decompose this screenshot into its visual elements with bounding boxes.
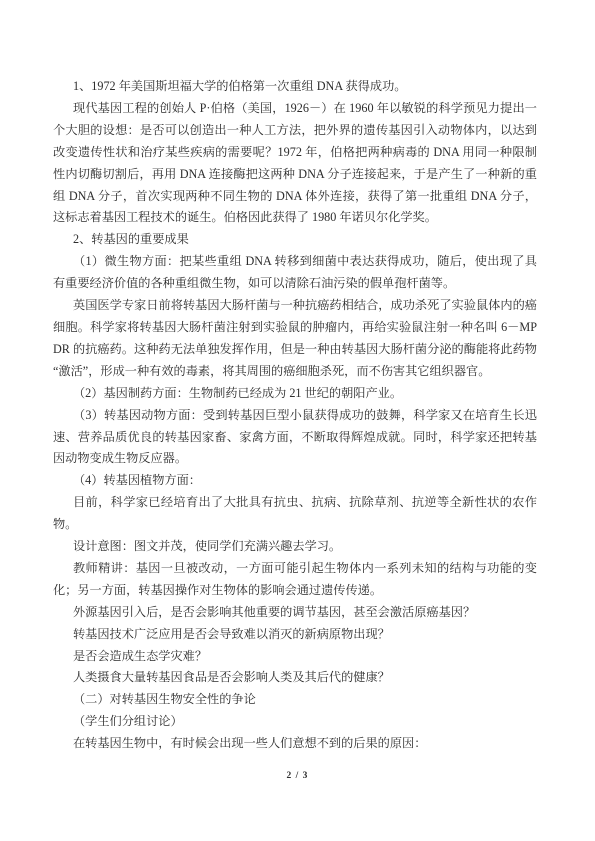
paragraph-ecoli-anticancer: 英国医学专家日前将转基因大肠杆菌与一种抗癌药相结合，成功杀死了实验鼠体内的癌细胞… [53,295,537,383]
paragraph-question-new-pathogen: 转基因技术广泛应用是否会导致难以消灭的新病原物出现？ [53,624,537,646]
paragraph-transgenic-plant-aspect: （4）转基因植物方面： [53,470,537,492]
page-footer: 2 / 3 [0,765,595,783]
paragraph-question-ecological-disaster: 是否会造成生态学灾难？ [53,646,537,668]
paragraph-section-two-heading: （二）对转基因生物安全性的争论 [53,689,537,711]
paragraph-student-discussion: （学生们分组讨论） [53,711,537,733]
paragraph-question-foreign-gene: 外源基因引入后，是否会影响其他重要的调节基因，甚至会激活原癌基因？ [53,602,537,624]
document-page: 1、1972 年美国斯坦福大学的伯格第一次重组 DNA 获得成功。 现代基因工程… [0,0,595,841]
paragraph-berg-history: 现代基因工程的创始人 P·伯格（美国，1926－）在 1960 年以敏锐的科学预… [53,98,537,229]
paragraph-question-food-health: 人类摄食大量转基因食品是否会影响人类及其后代的健康？ [53,667,537,689]
paragraph-numbered-item-1: 1、1972 年美国斯坦福大学的伯格第一次重组 DNA 获得成功。 [53,76,537,98]
page-number: 2 / 3 [287,771,309,781]
paragraph-unexpected-results-intro: 在转基因生物中，有时候会出现一些人们意想不到的后果的原因： [53,733,537,755]
paragraph-crop-traits: 目前，科学家已经培育出了大批具有抗虫、抗病、抗除草剂、抗逆等全新性状的农作物。 [53,492,537,536]
paragraph-gene-pharma-aspect: （2）基因制药方面：生物制药已经成为 21 世纪的朝阳产业。 [53,383,537,405]
document-body: 1、1972 年美国斯坦福大学的伯格第一次重组 DNA 获得成功。 现代基因工程… [53,76,537,755]
paragraph-teacher-explanation: 教师精讲：基因一旦被改动，一方面可能引起生物体内一系列未知的结构与功能的变化；另… [53,558,537,602]
paragraph-transgenic-animal-aspect: （3）转基因动物方面：受到转基因巨型小鼠获得成功的鼓舞，科学家又在培育生长迅速、… [53,405,537,471]
paragraph-numbered-item-2: 2、转基因的重要成果 [53,229,537,251]
paragraph-design-intent: 设计意图：图文并茂，使同学们充满兴趣去学习。 [53,536,537,558]
paragraph-microbe-aspect: （1）微生物方面：把某些重组 DNA 转移到细菌中表达获得成功，随后，使出现了具… [53,251,537,295]
